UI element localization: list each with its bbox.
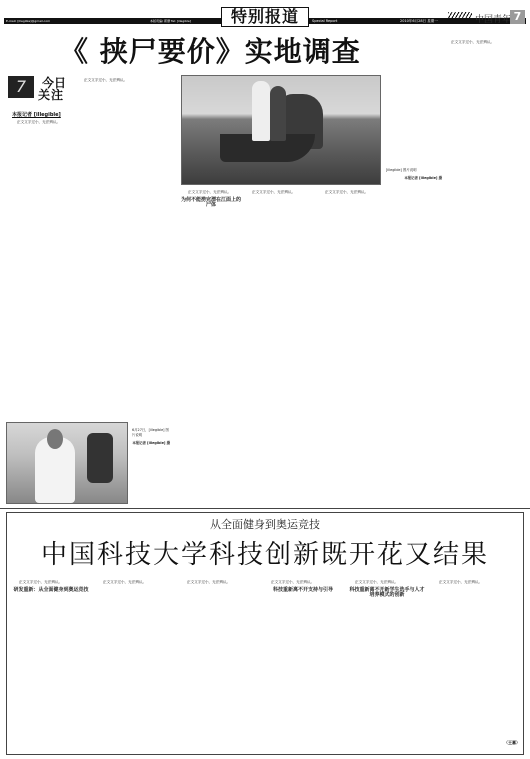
article2-column: 正文文字过小，无法辨认。 科技重新离不开新学生选手与人才培养模式的创新	[348, 580, 426, 750]
article-column: 正文文字过小，无法辨认。	[77, 78, 177, 418]
article-column: 正文文字过小，无法辨认。	[318, 190, 390, 500]
man-head	[47, 429, 63, 449]
article-column: 正文文字过小，无法辨认。	[245, 190, 313, 500]
article2-column: 正文文字过小，无法辨认。	[432, 580, 518, 740]
section-title: 特别报道	[221, 7, 309, 27]
subhead: 为何不能捞完漂在江面上的尸体	[181, 198, 241, 208]
article-column: 正文文字过小，无法辨认。	[444, 40, 524, 500]
body-text: 正文文字过小，无法辨认。	[348, 580, 426, 585]
article2-column: 正文文字过小，无法辨认。 研发重新：从全面健身到奥运竞技	[12, 580, 90, 750]
body-text: 正文文字过小，无法辨认。	[77, 78, 177, 83]
article2-column: 正文文字过小，无法辨认。	[96, 580, 174, 750]
person-dark-shirt	[270, 86, 286, 141]
article2-column: 正文文字过小，无法辨认。	[180, 580, 258, 750]
person-white-shirt	[252, 81, 270, 141]
held-object	[87, 433, 113, 483]
section-title-en: Special Report	[312, 18, 337, 24]
section-divider	[0, 508, 530, 509]
article2-kicker: 从全面健身到奥运竞技	[0, 516, 530, 532]
photo-caption: 6月27日，[illegible] 图片说明 本报记者 [illegible] …	[132, 428, 170, 445]
boat-photo	[181, 75, 381, 185]
body-text: 正文文字过小，无法辨认。	[10, 120, 72, 125]
body-text: 正文文字过小，无法辨认。	[12, 580, 90, 585]
decorative-stripes-icon	[448, 12, 472, 24]
page-number: 7	[510, 10, 525, 24]
article2-column: 正文文字过小，无法辨认。 科技重新离不开支持与引导	[264, 580, 342, 750]
body-text: 正文文字过小，无法辨认。	[264, 580, 342, 585]
column-logo-line2: 关注	[38, 86, 64, 103]
body-text: 正文文字过小，无法辨认。	[245, 190, 313, 195]
byline: 本报记者 [illegible]	[12, 111, 61, 118]
article2-title: 中国科技大学科技创新既开花又结果	[0, 534, 530, 571]
body-text: 正文文字过小，无法辨认。	[318, 190, 390, 195]
body-text: 正文文字过小，无法辨认。	[181, 190, 241, 195]
subhead: 科技重新离不开新学生选手与人才培养模式的创新	[348, 588, 426, 598]
body-text: 正文文字过小，无法辨认。	[180, 580, 258, 585]
issue-date: 2010年6月28日 星期一	[400, 18, 438, 24]
column-logo: 7 今日 关注	[8, 76, 70, 102]
column-logo-icon: 7	[8, 76, 34, 98]
article2-end-mark: （王嘉）	[504, 740, 520, 746]
header-email: E-mail: [illegible]@gmail.com	[6, 18, 50, 24]
article-column: 正文文字过小，无法辨认。 为何不能捞完漂在江面上的尸体	[181, 190, 241, 420]
body-text: 正文文字过小，无法辨认。	[96, 580, 174, 585]
subhead: 科技重新离不开支持与引导	[264, 588, 342, 593]
photo-caption: [illegible] 图片说明 本报记者 [illegible] 摄	[386, 168, 442, 180]
article-title: 《 挟尸要价》实地调查	[60, 30, 410, 70]
subhead: 研发重新：从全面健身到奥运竞技	[12, 588, 90, 593]
header-editor: 本版责编/ 郭珊 Tel: [illegible]	[150, 18, 191, 24]
body-text: 正文文字过小，无法辨认。	[444, 40, 524, 45]
portrait-photo	[6, 422, 128, 504]
body-text: 正文文字过小，无法辨认。	[432, 580, 518, 585]
article-column: 正文文字过小，无法辨认。	[10, 120, 72, 420]
